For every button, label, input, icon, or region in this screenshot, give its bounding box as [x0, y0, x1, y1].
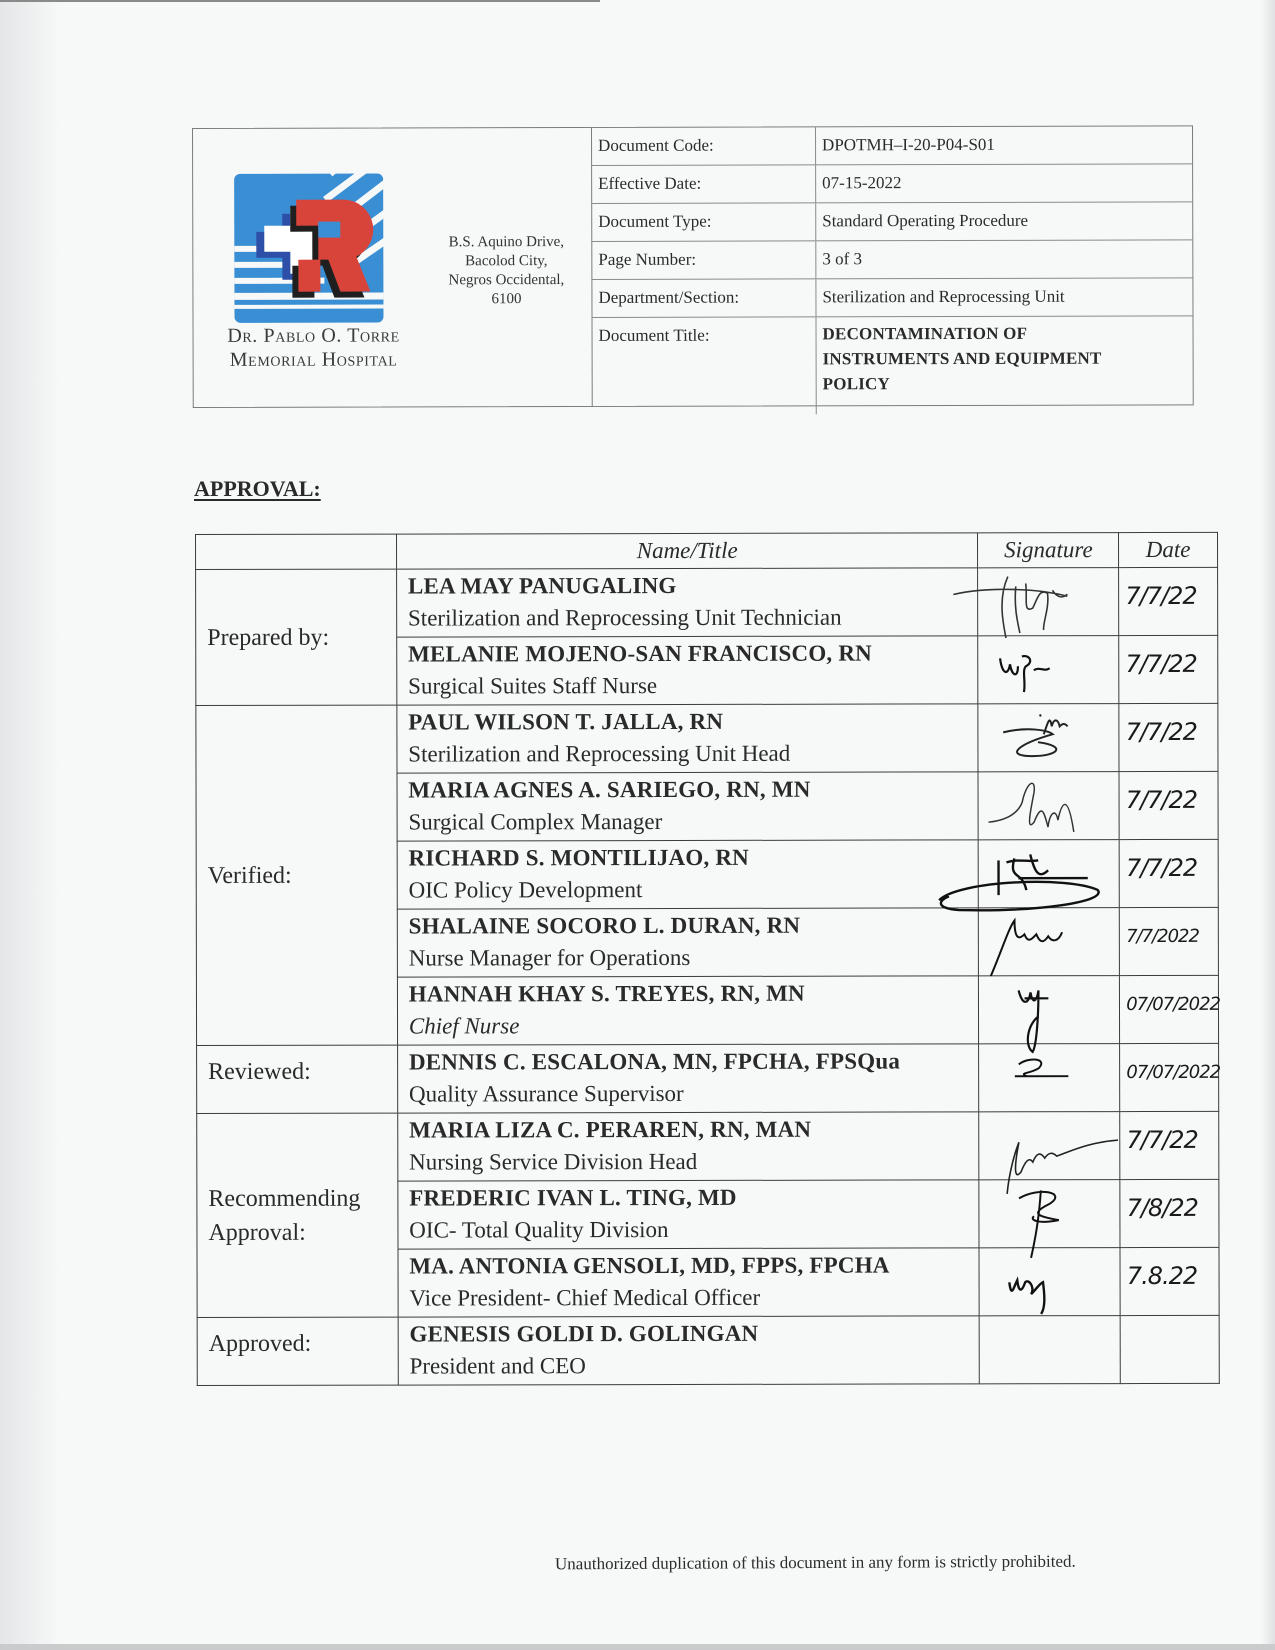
handwritten-date: 7/7/22: [1126, 1126, 1197, 1154]
meta-row-document-type: Document Type: Standard Operating Proced…: [591, 202, 1192, 242]
address-line: B.S. Aquino Drive,: [431, 233, 581, 252]
person-title: President and CEO: [410, 1349, 980, 1382]
handwritten-signature-icon: [980, 1044, 1120, 1111]
signature-cell: [979, 1248, 1120, 1316]
document-metadata: Document Code: DPOTMH–I-20-P04-S01 Effec…: [591, 126, 1193, 415]
column-header-date: Date: [1119, 532, 1218, 567]
effective-date-value: 07-15-2022: [816, 164, 1192, 202]
approval-heading: APPROVAL:: [194, 476, 321, 502]
signature-cell: [979, 976, 1120, 1044]
person-title: Nursing Service Division Head: [409, 1145, 979, 1178]
person-title: Vice President- Chief Medical Officer: [409, 1281, 979, 1314]
person-name: MELANIE MOJENO-SAN FRANCISCO, RN: [408, 636, 978, 670]
meta-row-department: Department/Section: Sterilization and Re…: [591, 278, 1192, 318]
approval-row: Recommending Approval:MARIA LIZA C. PERA…: [197, 1111, 1219, 1181]
person-name: RICHARD S. MONTILIJAO, RN: [408, 840, 978, 874]
person-cell: DENNIS C. ESCALONA, MN, FPCHA, FPSQuaQua…: [397, 1044, 979, 1113]
person-title: OIC Policy Development: [409, 873, 979, 906]
handwritten-signature-icon: [980, 1180, 1120, 1247]
approval-header-row: Name/Title Signature Date: [196, 532, 1218, 569]
person-title: Nurse Manager for Operations: [409, 941, 979, 974]
hospital-name-line1: Dr. Pablo O. Torre: [204, 323, 424, 348]
page-number-value: 3 of 3: [816, 240, 1192, 278]
signature-cell: [979, 1180, 1120, 1248]
person-cell: MELANIE MOJENO-SAN FRANCISCO, RNSurgical…: [397, 636, 979, 705]
approval-row: Prepared by:LEA MAY PANUGALINGSterilizat…: [196, 567, 1218, 637]
person-name: PAUL WILSON T. JALLA, RN: [408, 704, 978, 738]
date-cell: 7/7/22: [1119, 839, 1218, 907]
person-title: OIC- Total Quality Division: [409, 1213, 979, 1246]
hospital-address: B.S. Aquino Drive, Bacolod City, Negros …: [431, 233, 581, 309]
meta-label: Page Number:: [591, 241, 816, 279]
column-header-name-title: Name/Title: [396, 533, 978, 569]
person-name: MA. ANTONIA GENSOLI, MD, FPPS, FPCHA: [409, 1248, 979, 1282]
meta-row-document-code: Document Code: DPOTMH–I-20-P04-S01: [591, 126, 1192, 166]
person-name: FREDERIC IVAN L. TING, MD: [409, 1180, 979, 1214]
signature-cell: [979, 908, 1120, 976]
approval-row: Approved:GENESIS GOLDI D. GOLINGANPresid…: [197, 1315, 1219, 1385]
handwritten-date: 7/7/22: [1125, 582, 1196, 610]
meta-row-page-number: Page Number: 3 of 3: [591, 240, 1192, 280]
role-label: Verified:: [196, 705, 398, 1045]
date-cell: 7/7/22: [1119, 567, 1218, 635]
handwritten-date: 7/7/22: [1126, 786, 1197, 814]
person-cell: PAUL WILSON T. JALLA, RNSterilization an…: [397, 704, 979, 773]
scan-shadow-left: [0, 0, 60, 1650]
handwritten-date: 7/7/22: [1126, 854, 1197, 882]
address-line: 6100: [431, 290, 581, 309]
date-cell: 7/7/22: [1119, 703, 1218, 771]
handwritten-signature-icon: [979, 840, 1119, 907]
hospital-name: Dr. Pablo O. Torre Memorial Hospital: [204, 323, 424, 372]
column-header-signature: Signature: [978, 533, 1119, 568]
document-code-value: DPOTMH–I-20-P04-S01: [816, 126, 1192, 164]
document-header: Dr. Pablo O. Torre Memorial Hospital B.S…: [192, 125, 1194, 408]
date-cell: 7/7/22: [1119, 635, 1218, 703]
signature-cell: [978, 636, 1119, 704]
title-line: INSTRUMENTS AND EQUIPMENT: [823, 345, 1193, 371]
signature-cell: [979, 840, 1120, 908]
role-label: Prepared by:: [196, 569, 397, 705]
address-line: Negros Occidental,: [431, 271, 581, 290]
date-cell: 7/7/22: [1120, 1111, 1219, 1179]
handwritten-date: 7/7/22: [1126, 718, 1197, 746]
signature-cell: [978, 772, 1119, 840]
person-title: Quality Assurance Supervisor: [409, 1077, 979, 1110]
meta-label: Effective Date:: [591, 165, 816, 203]
role-label: Recommending Approval:: [197, 1113, 398, 1317]
meta-row-effective-date: Effective Date: 07-15-2022: [591, 164, 1192, 204]
scan-shadow-right: [1261, 0, 1275, 1650]
person-cell: HANNAH KHAY S. TREYES, RN, MNChief Nurse: [397, 976, 979, 1045]
person-cell: RICHARD S. MONTILIJAO, RNOIC Policy Deve…: [397, 840, 979, 909]
date-cell: 07/07/2022: [1120, 975, 1219, 1043]
person-title: Sterilization and Reprocessing Unit Tech…: [408, 601, 978, 634]
footer-notice: Unauthorized duplication of this documen…: [555, 1552, 1076, 1575]
handwritten-date: 7/7/22: [1125, 650, 1196, 678]
handwritten-signature-icon: [979, 772, 1119, 839]
signature-cell: [979, 1044, 1120, 1112]
date-cell: 7.8.22: [1120, 1247, 1219, 1315]
person-title: Chief Nurse: [409, 1009, 979, 1042]
signature-cell: [980, 1316, 1121, 1384]
person-cell: SHALAINE SOCORO L. DURAN, RNNurse Manage…: [397, 908, 979, 977]
logo-cell: Dr. Pablo O. Torre Memorial Hospital B.S…: [193, 128, 593, 407]
handwritten-signature-icon: [979, 908, 1119, 975]
person-title: Surgical Suites Staff Nurse: [408, 669, 978, 702]
scan-edge-bottom: [0, 1644, 1275, 1650]
meta-label: Document Type:: [591, 203, 816, 241]
document-title-value: DECONTAMINATION OF INSTRUMENTS AND EQUIP…: [816, 316, 1192, 414]
handwritten-date: 7/7/2022: [1126, 926, 1199, 947]
handwritten-signature-icon: [979, 704, 1119, 771]
handwritten-signature-icon: [979, 976, 1119, 1043]
handwritten-signature-icon: [979, 636, 1119, 703]
role-label: Reviewed:: [197, 1045, 398, 1113]
person-cell: LEA MAY PANUGALINGSterilization and Repr…: [396, 568, 978, 637]
title-line: DECONTAMINATION OF: [823, 320, 1193, 346]
date-cell: [1120, 1315, 1219, 1383]
person-cell: MARIA LIZA C. PERAREN, RN, MANNursing Se…: [398, 1112, 980, 1181]
date-cell: 07/07/2022: [1120, 1043, 1219, 1111]
department-value: Sterilization and Reprocessing Unit: [816, 278, 1192, 316]
date-cell: 7/7/22: [1119, 771, 1218, 839]
handwritten-date: 7/8/22: [1127, 1194, 1198, 1222]
person-name: LEA MAY PANUGALING: [408, 568, 978, 602]
date-cell: 7/7/2022: [1120, 907, 1219, 975]
handwritten-date: 07/07/2022: [1126, 1062, 1220, 1083]
approval-row: Verified:PAUL WILSON T. JALLA, RNSterili…: [196, 703, 1218, 773]
handwritten-signature-icon: [979, 568, 1119, 635]
title-line: POLICY: [823, 370, 1193, 396]
handwritten-date: 7.8.22: [1127, 1262, 1197, 1290]
date-cell: 7/8/22: [1120, 1179, 1219, 1247]
person-name: MARIA AGNES A. SARIEGO, RN, MN: [408, 772, 978, 806]
address-line: Bacolod City,: [431, 252, 581, 271]
person-title: Sterilization and Reprocessing Unit Head: [408, 737, 978, 770]
meta-row-document-title: Document Title: DECONTAMINATION OF INSTR…: [591, 316, 1192, 415]
meta-label: Document Title:: [591, 317, 816, 415]
column-header-role: [196, 534, 397, 569]
hospital-name-line2: Memorial Hospital: [204, 347, 424, 372]
approval-row: Reviewed:DENNIS C. ESCALONA, MN, FPCHA, …: [197, 1043, 1219, 1113]
document-type-value: Standard Operating Procedure: [816, 202, 1192, 240]
person-name: SHALAINE SOCORO L. DURAN, RN: [409, 908, 979, 942]
meta-label: Department/Section:: [591, 279, 816, 317]
handwritten-signature-icon: [980, 1112, 1120, 1179]
person-cell: MA. ANTONIA GENSOLI, MD, FPPS, FPCHAVice…: [398, 1248, 980, 1317]
person-title: Surgical Complex Manager: [408, 805, 978, 838]
person-cell: GENESIS GOLDI D. GOLINGANPresident and C…: [398, 1316, 980, 1385]
signature-cell: [979, 1112, 1120, 1180]
role-label: Approved:: [197, 1317, 398, 1385]
approval-table: Name/Title Signature Date Prepared by:LE…: [195, 532, 1220, 1386]
person-cell: FREDERIC IVAN L. TING, MDOIC- Total Qual…: [398, 1180, 980, 1249]
person-name: MARIA LIZA C. PERAREN, RN, MAN: [409, 1112, 979, 1146]
signature-cell: [978, 568, 1119, 636]
person-cell: MARIA AGNES A. SARIEGO, RN, MNSurgical C…: [397, 772, 979, 841]
scan-edge-top: [0, 0, 600, 2]
person-name: GENESIS GOLDI D. GOLINGAN: [409, 1316, 979, 1350]
person-name: DENNIS C. ESCALONA, MN, FPCHA, FPSQua: [409, 1044, 979, 1078]
handwritten-date: 07/07/2022: [1126, 994, 1220, 1015]
signature-cell: [978, 704, 1119, 772]
person-name: HANNAH KHAY S. TREYES, RN, MN: [409, 976, 979, 1010]
meta-label: Document Code:: [591, 127, 816, 165]
hospital-logo-icon: [230, 169, 387, 326]
handwritten-signature-icon: [980, 1248, 1120, 1315]
